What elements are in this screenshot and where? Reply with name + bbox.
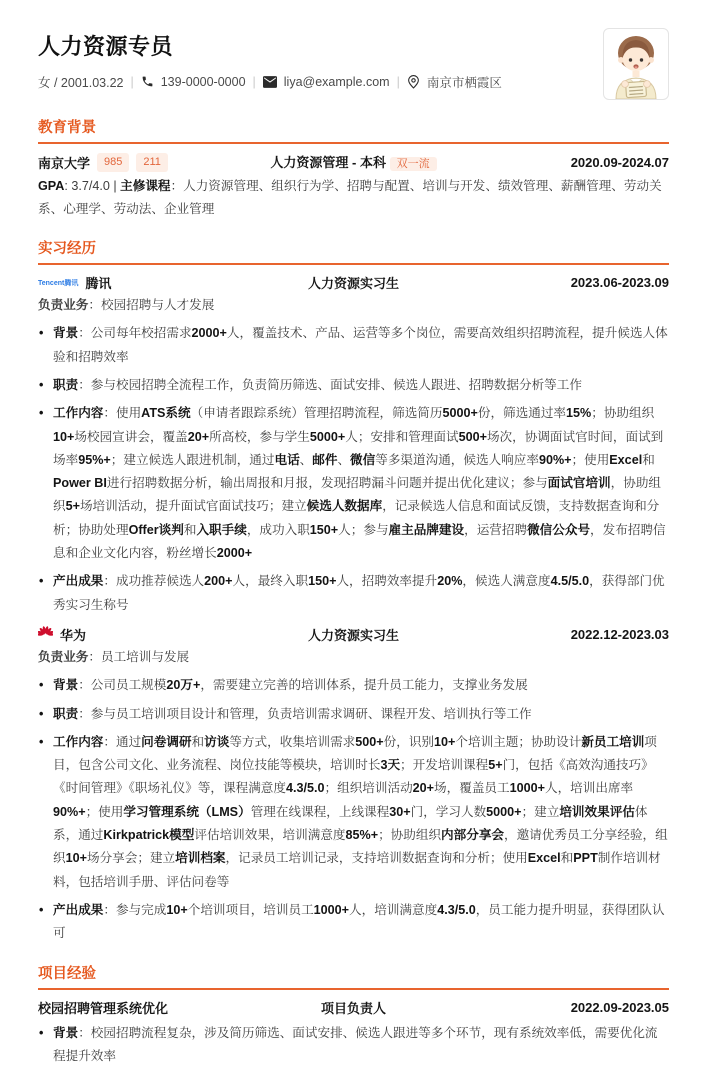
job-company: Tencent腾讯 腾讯 [38,273,261,292]
project-role: 项目负责人 [261,998,447,1017]
resume-page: 人力资源专员 女 / 2001.03.22 | 139-0000-0000 | … [0,0,707,1091]
bullet-work-content: 工作内容：通过问卷调研和访谈等方式，收集培训需求500+份，识别10+个培训主题… [38,731,669,894]
education-row: 南京大学 985 211 人力资源管理 - 本科 双一流 2020.09-202… [38,152,669,173]
gpa-courses-line: GPA: 3.7/4.0 | 主修课程：人力资源管理、组织行为学、招聘与配置、培… [38,175,669,222]
project-name: 校园招聘管理系统优化 [38,998,261,1017]
section-title-education: 教育背景 [38,120,96,136]
location-icon [407,75,420,90]
page-title: 人力资源专员 [38,30,502,61]
bullet-duty: 职责：参与员工培训项目设计和管理，负责培训需求调研、课程开发、培训执行等工作 [38,703,669,726]
separator: | [253,75,256,89]
section-title-projects: 项目经验 [38,966,96,982]
section-header-education: 教育背景 [38,116,669,144]
company-name: 华为 [60,625,86,644]
job-position: 人力资源实习生 [261,625,447,644]
school-name: 南京大学 [38,153,90,172]
school-badge-211: 211 [136,153,168,172]
job-position: 人力资源实习生 [261,273,447,292]
separator: | [130,75,133,89]
bullet-work-content: 工作内容：使用ATS系统（申请者跟踪系统）管理招聘流程，筛选简历5000+份，筛… [38,402,669,565]
major-badge: 双一流 [390,157,437,171]
education-mid: 人力资源管理 - 本科 双一流 [261,152,447,173]
job-header-row: 华为 人力资源实习生 2022.12-2023.03 [38,625,669,644]
contact-line: 女 / 2001.03.22 | 139-0000-0000 | liya@ex… [38,73,502,91]
job-dates: 2022.12-2023.03 [446,627,669,642]
header-text: 人力资源专员 女 / 2001.03.22 | 139-0000-0000 | … [38,26,502,91]
section-title-internship: 实习经历 [38,241,96,257]
job-header-row: Tencent腾讯 腾讯 人力资源实习生 2023.06-2023.09 [38,273,669,292]
job-tencent: Tencent腾讯 腾讯 人力资源实习生 2023.06-2023.09 负责业… [38,273,669,617]
phone-icon [141,75,154,89]
separator: | [397,75,400,89]
job-dates: 2023.06-2023.09 [446,275,669,290]
bullet-duty: 职责：参与校园招聘全流程工作，负责简历筛选、面试安排、候选人跟进、招聘数据分析等… [38,374,669,397]
major-name: 人力资源管理 - 本科 [270,155,386,170]
email-address: liya@example.com [284,75,390,89]
job-business-line: 负责业务：校园招聘与人才发展 [38,294,669,317]
job-huawei: 华为 人力资源实习生 2022.12-2023.03 负责业务：员工培训与发展 … [38,625,669,946]
company-name: 腾讯 [85,273,111,292]
project-item: 校园招聘管理系统优化 项目负责人 2022.09-2023.05 背景：校园招聘… [38,998,669,1069]
section-header-projects: 项目经验 [38,962,669,990]
job-business-line: 负责业务：员工培训与发展 [38,646,669,669]
bullet-background: 背景：公司员工规模20万+，需要建立完善的培训体系，提升员工能力，支撑业务发展 [38,674,669,697]
tencent-logo: Tencent腾讯 [38,278,78,288]
school-badge-985: 985 [97,153,129,172]
phone-number: 139-0000-0000 [161,75,246,89]
education-dates: 2020.09-2024.07 [446,155,669,170]
basic-info: 女 / 2001.03.22 [38,73,123,91]
location-text: 南京市栖霞区 [427,73,502,91]
bullet-background: 背景：公司每年校招需求2000+人，覆盖技术、产品、运营等多个岗位，需要高效组织… [38,322,669,369]
email-icon [263,75,277,89]
avatar [603,28,669,100]
project-header-row: 校园招聘管理系统优化 项目负责人 2022.09-2023.05 [38,998,669,1017]
education-left: 南京大学 985 211 [38,153,261,172]
bullet-outcome: 产出成果：成功推荐候选人200+人，最终入职150+人，招聘效率提升20%，候选… [38,570,669,617]
job-company: 华为 [38,625,261,644]
section-header-internship: 实习经历 [38,237,669,265]
huawei-logo [38,626,53,643]
bullet-outcome: 产出成果：参与完成10+个培训项目，培训员工1000+人，培训满意度4.3/5.… [38,899,669,946]
bullet-background: 背景：校园招聘流程复杂，涉及简历筛选、面试安排、候选人跟进等多个环节，现有系统效… [38,1022,669,1069]
project-dates: 2022.09-2023.05 [446,1000,669,1015]
avatar-illustration [604,29,668,99]
resume-header: 人力资源专员 女 / 2001.03.22 | 139-0000-0000 | … [38,26,669,100]
